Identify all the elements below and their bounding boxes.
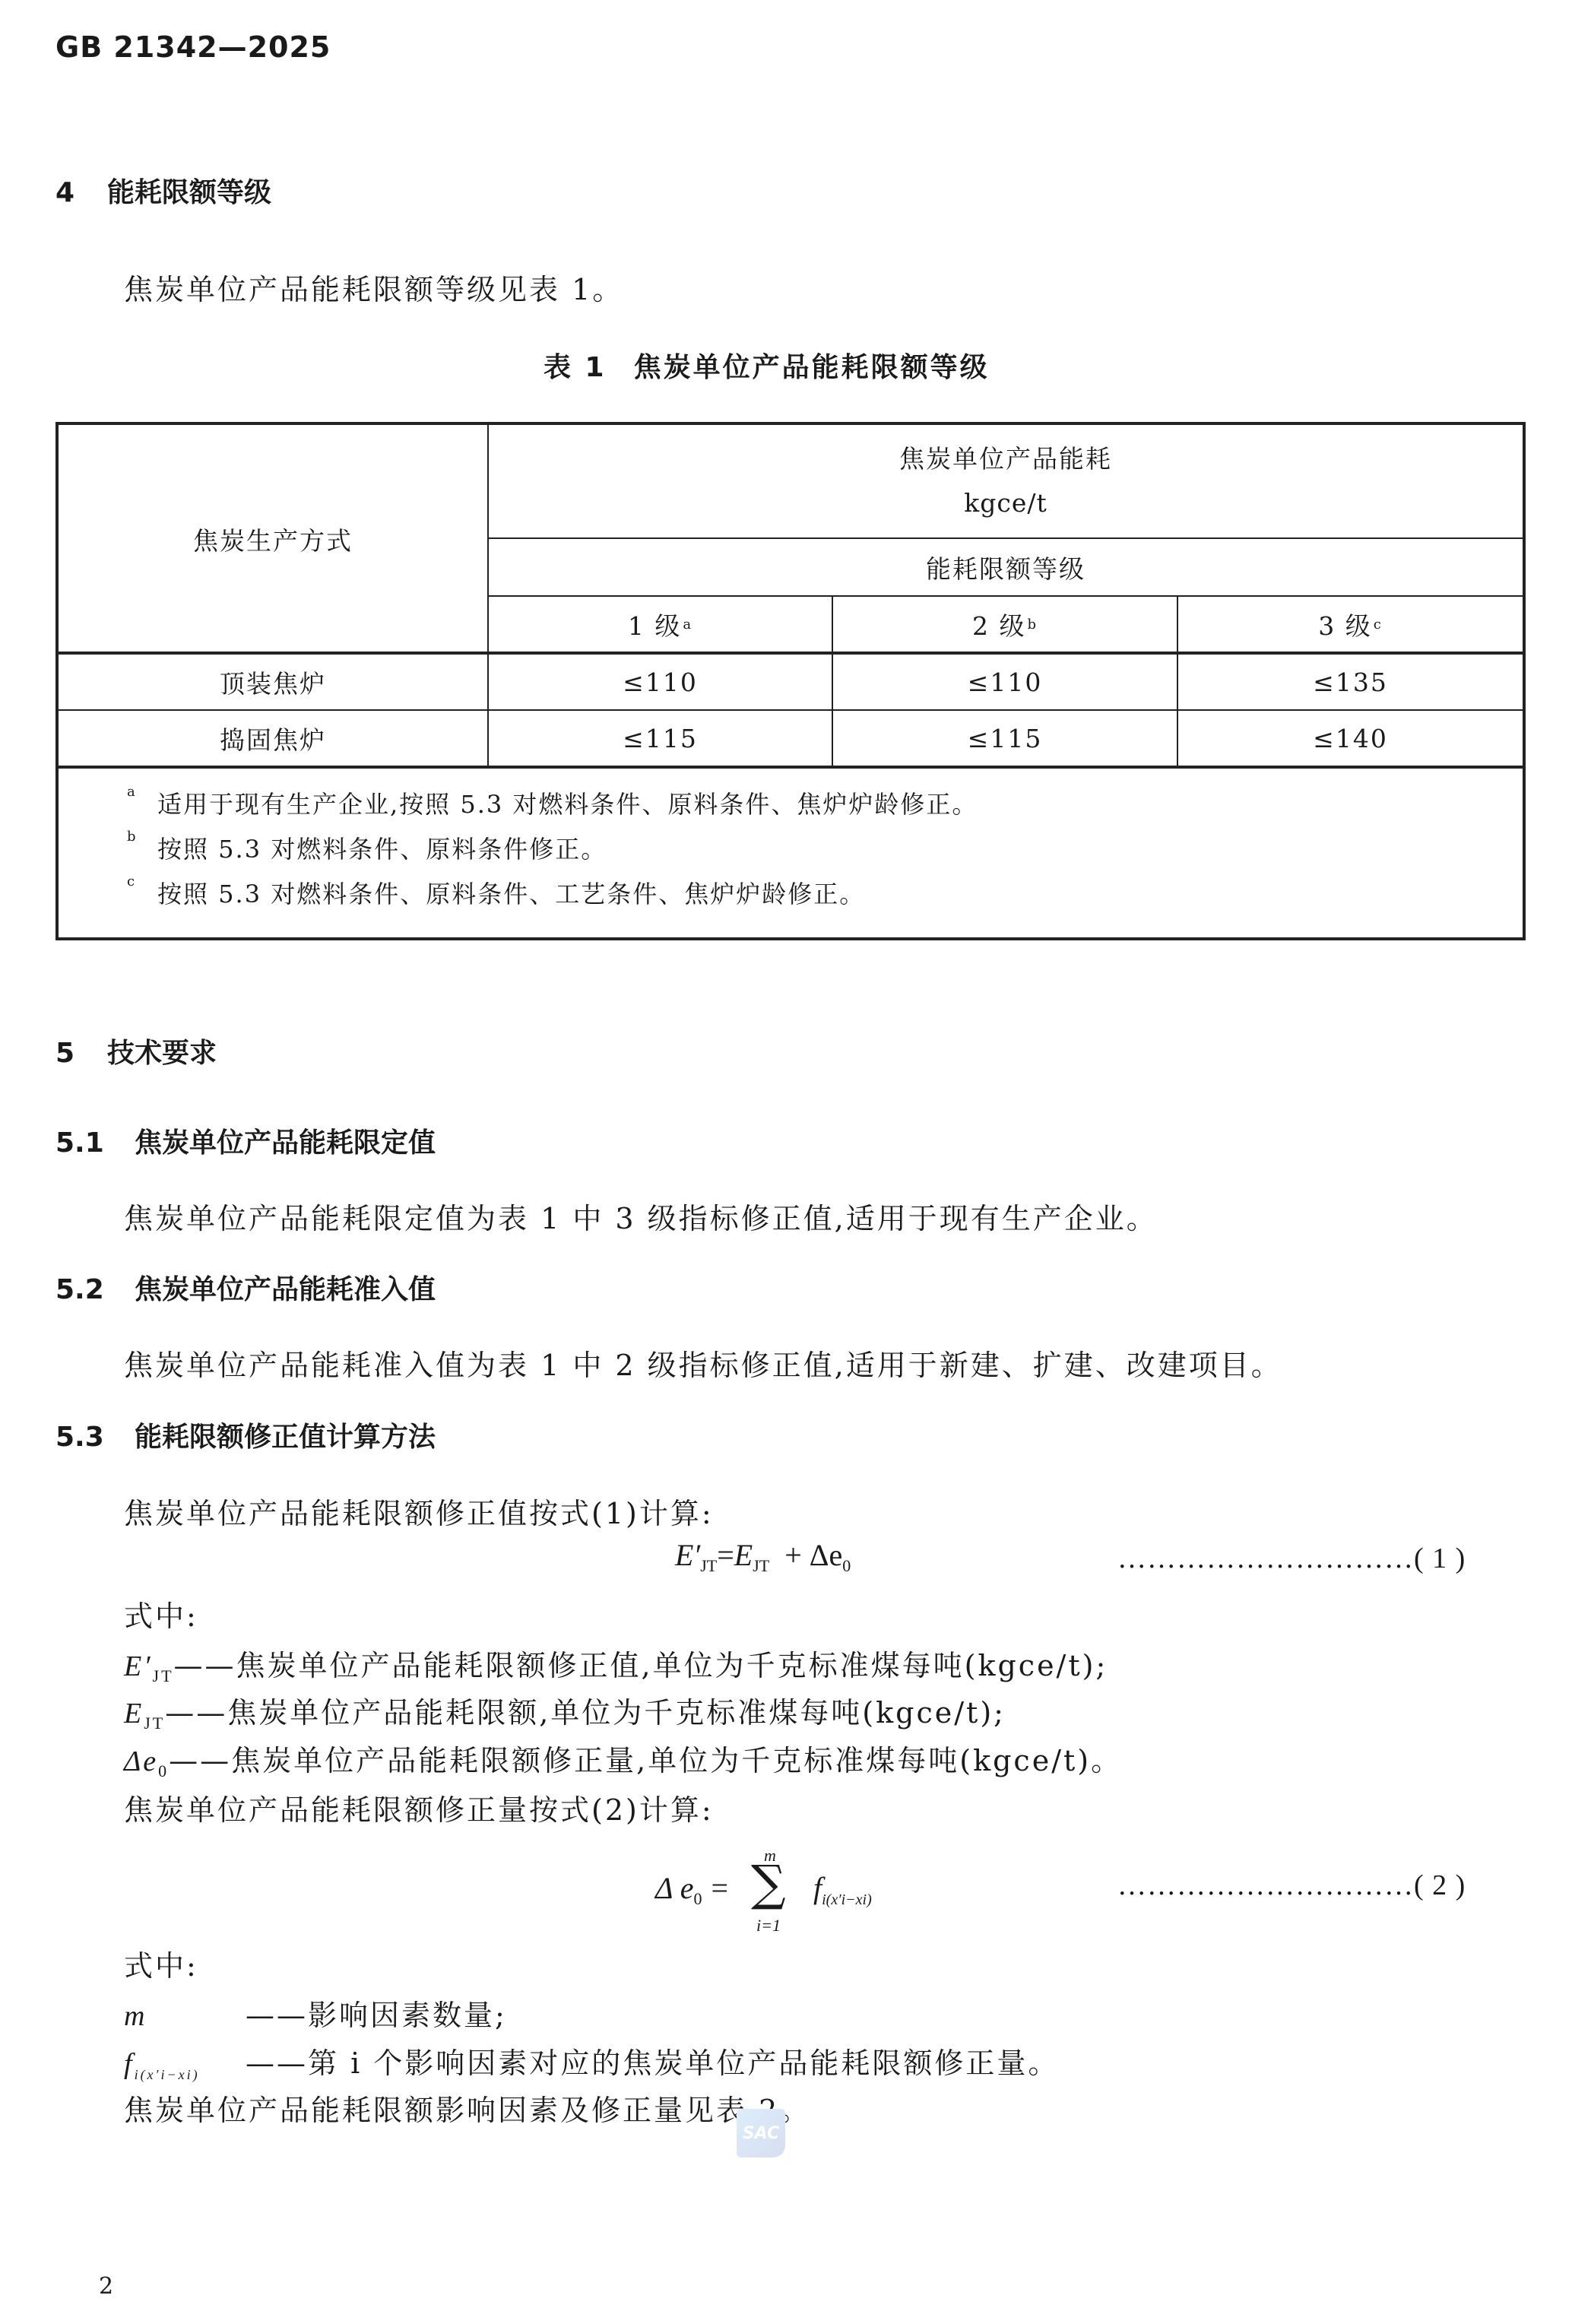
group-header-energy: 焦炭单位产品能耗 kgce/t [489,425,1523,537]
definition-delta-e0: Δe0——焦炭单位产品能耗限额修正量,单位为千克标准煤每吨(kgce/t)。 [124,1737,1122,1781]
grade-column-3: 3 级c [1178,597,1523,652]
table-cell-value: ≤115 [833,711,1177,766]
grade-column-2: 2 级b [833,597,1177,652]
group-header-unit: kgce/t [964,481,1047,525]
table-cell-value: ≤110 [833,655,1177,709]
formula-2-term: fi(x′i−xi) [813,1870,872,1909]
formula-2-leader: …………………………( 2 ) [1117,1869,1466,1902]
section-number: 4 [55,177,107,208]
where-label-2: 式中: [124,1942,198,1984]
table-cell-value: ≤110 [489,655,832,709]
section-5-1-heading: 5.1焦炭单位产品能耗限定值 [55,1121,436,1160]
table-note-a: a适用于现有生产企业,按照 5.3 对燃料条件、原料条件、焦炉炉龄修正。 [127,785,978,820]
footnote-mark: c [1374,617,1383,633]
notes-divider [59,766,1523,769]
footnote-mark: a [683,617,692,633]
formula-2-tag: ( 2 ) [1414,1869,1466,1901]
table-row-method: 捣固焦炉 [59,711,487,766]
table-cell-value: ≤135 [1178,655,1523,709]
definition-m: m——影响因素数量; [124,1992,507,2034]
formula-2-lhs: Δ e0= [655,1870,728,1909]
table-row-method: 顶装焦炉 [59,655,487,709]
subgroup-header-grade: 能耗限额等级 [489,539,1523,595]
table-caption-number: 表 1 [544,352,607,383]
table-cell-value: ≤140 [1178,711,1523,766]
section-4-intro: 焦炭单位产品能耗限额等级见表 1。 [124,266,623,308]
section-5-heading: 5技术要求 [55,1032,217,1070]
sigma-icon: ∑ [751,1860,786,1908]
definition-e-prime-jt: E′JT——焦炭单位产品能耗限额修正值,单位为千克标准煤每吨(kgce/t); [124,1642,1108,1686]
sum-lower-limit: i=1 [756,1916,781,1936]
where-label-1: 式中: [124,1593,198,1634]
section-5-3-heading: 5.3能耗限额修正值计算方法 [55,1416,436,1454]
formula-1-tag: ( 1 ) [1414,1542,1466,1574]
sac-watermark-logo: SAC [737,2109,785,2158]
page-number: 2 [99,2273,113,2300]
definition-e-jt: EJT——焦炭单位产品能耗限额,单位为千克标准煤每吨(kgce/t); [124,1689,1006,1733]
formula-2-intro: 焦炭单位产品能耗限额修正量按式(2)计算: [124,1787,714,1828]
section-5-1-text: 焦炭单位产品能耗限定值为表 1 中 3 级指标修正值,适用于现有生产企业。 [124,1195,1158,1237]
footnote-mark: b [1027,617,1038,633]
table-cell-value: ≤115 [489,711,832,766]
section-5-2-heading: 5.2焦炭单位产品能耗准入值 [55,1268,436,1307]
table-1: 焦炭生产方式 焦炭单位产品能耗 kgce/t 能耗限额等级 1 级a 2 级b … [55,422,1526,940]
table-caption-title: 焦炭单位产品能耗限额等级 [634,352,990,383]
closing-text: 焦炭单位产品能耗限额影响因素及修正量见表 2。 [124,2087,810,2129]
section-title: 能耗限额等级 [107,177,271,208]
formula-1: E′JT=EJT +Δe0 [675,1537,851,1576]
formula-1-leader: …………………………( 1 ) [1117,1542,1466,1575]
formula-1-intro: 焦炭单位产品能耗限额修正值按式(1)计算: [124,1490,714,1532]
section-4-heading: 4能耗限额等级 [55,171,271,210]
row-header-production-method: 焦炭生产方式 [59,425,487,653]
standard-id: GB 21342—2025 [55,30,331,64]
group-header-title: 焦炭单位产品能耗 [899,437,1112,481]
table-1-caption: 表 1焦炭单位产品能耗限额等级 [544,346,990,385]
table-note-b: b按照 5.3 对燃料条件、原料条件修正。 [127,830,607,865]
grade-column-1: 1 级a [489,597,832,652]
definition-f-i: fi(x′i−xi)——第 i 个影响因素对应的焦炭单位产品能耗限额修正量。 [124,2040,1059,2083]
table-note-c: c按照 5.3 对燃料条件、原料条件、工艺条件、焦炉炉龄修正。 [127,875,865,910]
section-5-2-text: 焦炭单位产品能耗准入值为表 1 中 2 级指标修正值,适用于新建、扩建、改建项目… [124,1342,1282,1384]
